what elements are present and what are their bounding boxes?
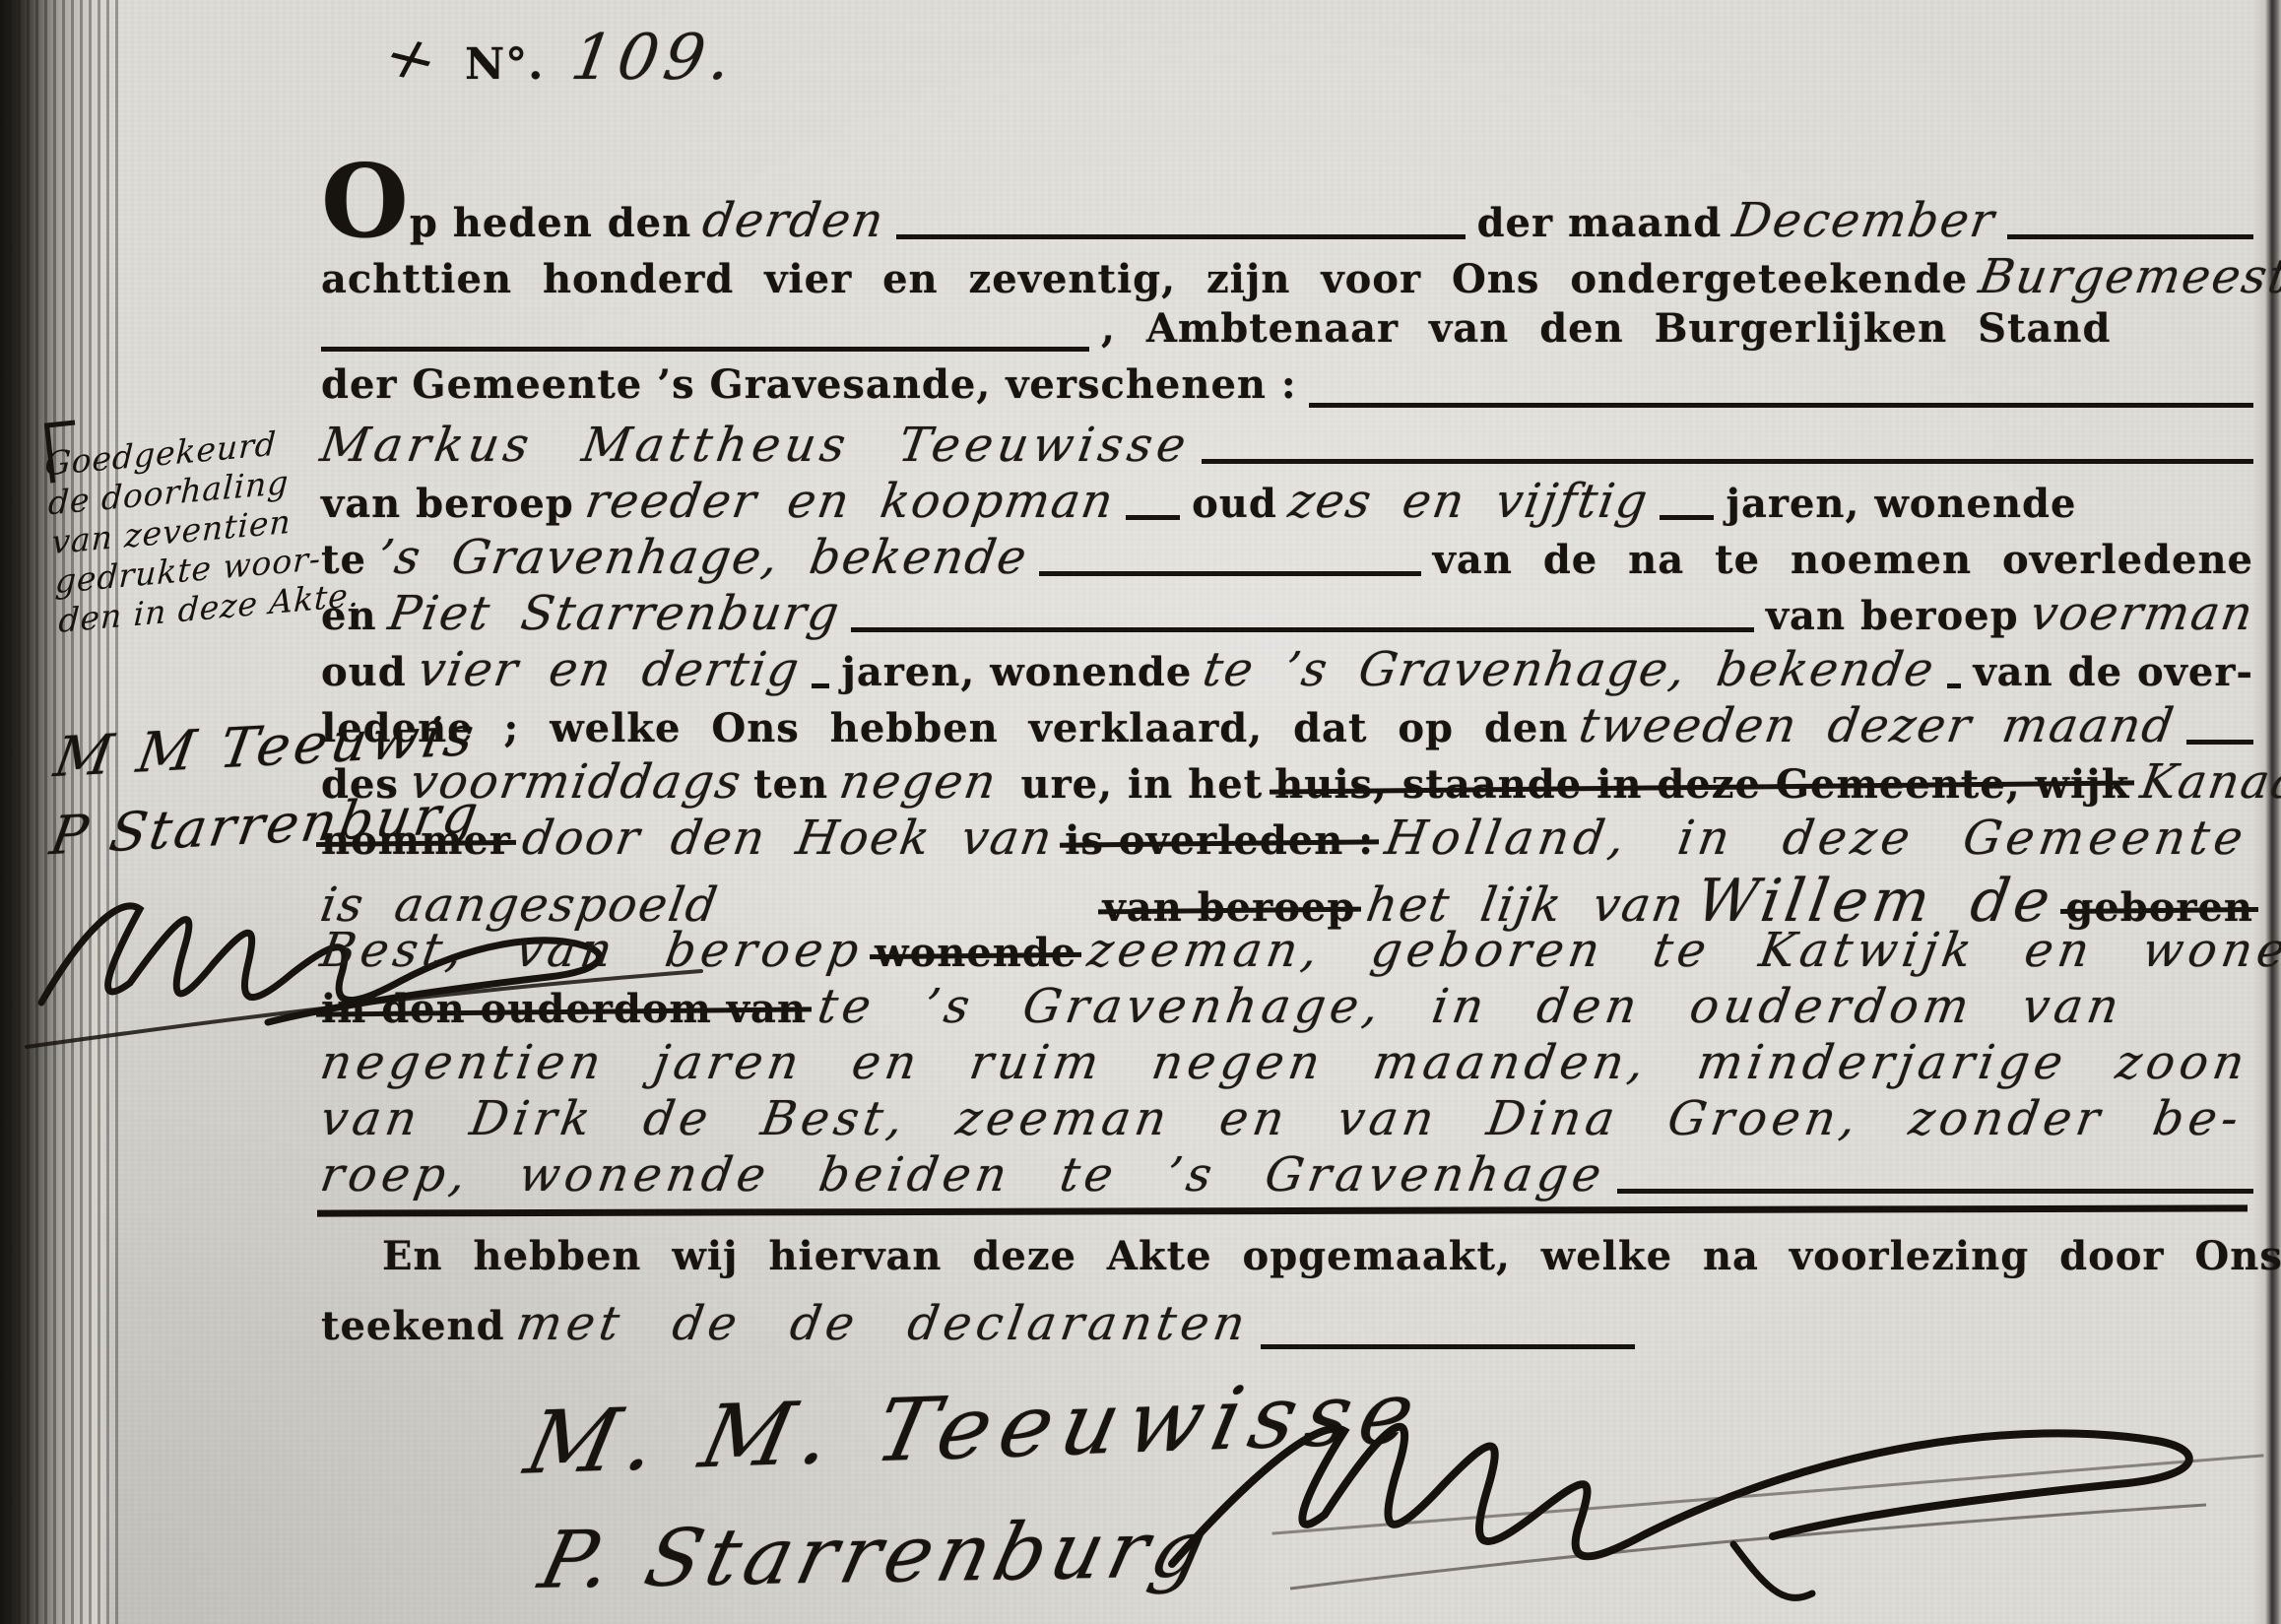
- printed-text: ten: [753, 761, 828, 808]
- printed-text: teekend: [321, 1303, 505, 1349]
- fill-in-rule: [1947, 683, 1962, 688]
- fill-in-rule: [2186, 740, 2253, 745]
- fill-in-rule: [1039, 571, 1420, 576]
- printed-text: en: [321, 593, 377, 639]
- printed-text: ure, in het: [1020, 761, 1263, 808]
- struck-text: nommer: [321, 817, 511, 864]
- handwritten-text: door den Hoek van: [519, 811, 1058, 866]
- printed-text: van de na te noemen overledene: [1433, 537, 2253, 583]
- fill-in-rule: [896, 234, 1465, 239]
- fill-in-rule: [1126, 515, 1180, 520]
- printed-text: te: [321, 537, 366, 583]
- handwritten-text: voormiddags: [407, 754, 747, 810]
- handwritten-text: met de de declaranten: [512, 1296, 1253, 1351]
- printed-text: oud: [321, 649, 407, 695]
- printed-text: der Gemeente ’s Gravesande, verschenen :: [321, 361, 1297, 408]
- handwritten-text: December: [1729, 193, 2000, 248]
- akte-text-line: van Dirk de Best, zeeman en van Dina Gro…: [321, 1091, 2253, 1147]
- struck-text: huis, staande in deze Gemeente, wijk: [1274, 761, 2129, 808]
- separator-rule: [317, 1204, 2248, 1216]
- akte-text-line: oudvier en dertigjaren, wonendete ’s Gra…: [321, 642, 2253, 698]
- akte-text-line: ledene ; welke Ons hebben verklaard, dat…: [321, 698, 2253, 754]
- akte-text-line: , Ambtenaar van den Burgerlijken Stand: [321, 305, 2253, 361]
- handwritten-text: Markus Mattheus Teeuwisse: [317, 418, 1195, 473]
- fill-in-rule: [1261, 1344, 1635, 1349]
- akte-text-line: Op heden denderdender maandDecember: [321, 193, 2253, 249]
- printed-text: achttien honderd vier en zeventig, zijn …: [321, 256, 1968, 302]
- handwritten-text: negen: [836, 754, 1002, 810]
- approval-note: Goedgekeurdde doorhalingvan zeventienged…: [43, 419, 355, 640]
- act-closing-text: En hebben wij hiervan deze Akte opgemaak…: [321, 1233, 2253, 1359]
- act-number-value: 109.: [566, 22, 742, 95]
- handwritten-text: zeeman, geboren te Katwijk en wonende: [1084, 923, 2281, 978]
- akte-text-line: Best, van beroepwonendezeeman, geboren t…: [321, 923, 2253, 979]
- handwritten-text: vier en dertig: [414, 642, 804, 697]
- handwritten-text: derden: [699, 193, 889, 248]
- printed-text: van beroep: [321, 481, 574, 527]
- fill-in-rule: [1617, 1189, 2253, 1194]
- handwritten-text: roep, wonende beiden te ’s Gravenhage: [317, 1147, 1610, 1202]
- printed-text: Op heden den: [321, 200, 691, 246]
- handwritten-text: te ’s Gravenhage, in den ouderdom van: [815, 979, 2127, 1034]
- akte-text-line: negentien jaren en ruim negen maanden, m…: [321, 1035, 2253, 1091]
- printed-text: van de over-: [1973, 649, 2253, 695]
- printed-text: des: [321, 761, 399, 808]
- handwritten-text: negentien jaren en ruim negen maanden, m…: [317, 1035, 2253, 1090]
- handwritten-text: Kanaal: [2137, 754, 2281, 810]
- akte-text-line: Markus Mattheus Teeuwisse: [321, 418, 2253, 474]
- signature-declarant-2: P. Starrenburg: [532, 1503, 1220, 1606]
- printed-text: En hebben wij hiervan deze Akte opgemaak…: [382, 1233, 2281, 1279]
- handwritten-text: te ’s Gravenhage, bekende: [1200, 642, 1939, 697]
- handwritten-text: reeder en koopman: [581, 474, 1118, 529]
- handwritten-text: Piet Starrenburg: [384, 586, 844, 641]
- handwritten-text: voerman: [2026, 586, 2257, 641]
- fill-in-rule: [1309, 403, 2253, 408]
- printed-text: oud: [1192, 481, 1277, 527]
- fill-in-rule: [2007, 234, 2253, 239]
- handwritten-text: zes en vijftig: [1284, 474, 1653, 529]
- handwritten-text: Burgemeester: [1976, 249, 2281, 304]
- akte-text-line: achttien honderd vier en zeventig, zijn …: [321, 249, 2253, 305]
- akte-text-line: roep, wonende beiden te ’s Gravenhage: [321, 1147, 2253, 1203]
- act-header: + N°. 109.: [386, 22, 736, 95]
- printed-text: jaren, wonende: [1726, 481, 2076, 527]
- akte-text-line: van beroepreeder en koopmanoudzes en vij…: [321, 474, 2253, 530]
- handwritten-text: van Dirk de Best, zeeman en van Dina Gro…: [317, 1091, 2248, 1146]
- akte-text-line: der Gemeente ’s Gravesande, verschenen :: [321, 361, 2253, 418]
- printed-text: der maand: [1477, 200, 1723, 246]
- fill-in-rule: [851, 627, 1753, 632]
- printed-text: , Ambtenaar van den Burgerlijken Stand: [1101, 305, 2111, 352]
- handwritten-text: ’s Gravenhage, bekende: [374, 530, 1032, 585]
- page-right-edge: [2251, 0, 2281, 1624]
- act-body-text: Op heden denderdender maandDecemberachtt…: [321, 193, 2253, 1203]
- akte-text-line: En hebben wij hiervan deze Akte opgemaak…: [321, 1233, 2253, 1296]
- fill-in-rule: [812, 683, 830, 688]
- act-number-label: N°.: [465, 39, 545, 90]
- struck-text: in den ouderdom van: [321, 986, 807, 1032]
- official-signature-flourish: [1133, 1357, 2255, 1623]
- fill-in-rule: [1202, 459, 2253, 464]
- struck-text: is overleden :: [1065, 817, 1374, 864]
- printed-text: van beroep: [1766, 593, 2019, 639]
- scanned-death-certificate: + N°. 109. Goedgekeurdde doorhalingvan z…: [0, 0, 2281, 1624]
- akte-text-line: nommerdoor den Hoek vanis overleden :Hol…: [321, 811, 2253, 867]
- fill-in-rule: [1660, 515, 1714, 520]
- akte-text-line: desvoormiddagstennegenure, in hethuis, s…: [321, 754, 2253, 811]
- handwritten-text: tweeden dezer maand: [1576, 698, 2180, 753]
- akte-text-line: teekendmet de de declaranten: [321, 1296, 2253, 1359]
- akte-text-line: enPiet Starrenburgvan beroepvoerman: [321, 586, 2253, 642]
- margin-annotation: Goedgekeurdde doorhalingvan zeventienged…: [51, 431, 347, 628]
- akte-text-line: te’s Gravenhage, bekendevan de na te noe…: [321, 530, 2253, 586]
- printed-text: jaren, wonende: [841, 649, 1192, 695]
- handwritten-text: Best, van beroep: [317, 923, 868, 978]
- handwritten-text: Holland, in deze Gemeente: [1382, 811, 2251, 866]
- struck-text: wonende: [875, 930, 1076, 976]
- cross-mark: +: [369, 19, 454, 97]
- akte-text-line: in den ouderdom vante ’s Gravenhage, in …: [321, 979, 2253, 1035]
- akte-text-line: is aangespoeldvan beroephet lijk vanWill…: [321, 867, 2253, 923]
- printed-text: ledene ; welke Ons hebben verklaard, dat…: [321, 705, 1568, 751]
- fill-in-rule: [321, 347, 1089, 352]
